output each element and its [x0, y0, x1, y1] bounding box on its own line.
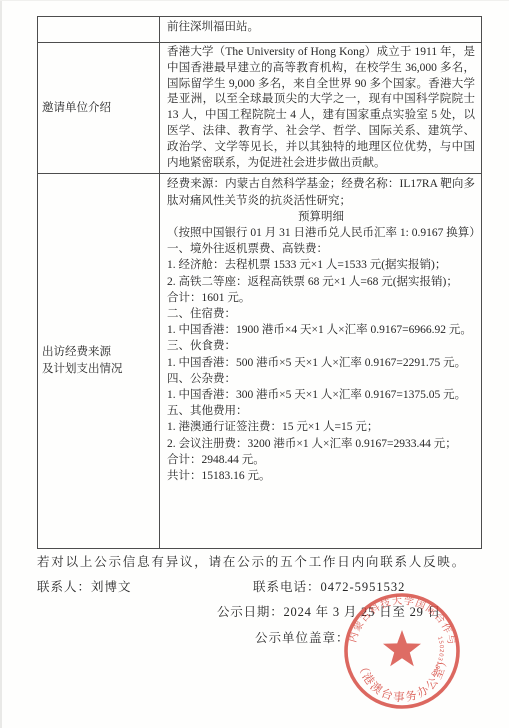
scan-edge	[0, 0, 2, 728]
objection-notice-text: 若对以上公示信息有异议，请在公示的五个工作日内向联系人反映。	[37, 552, 487, 570]
table-row-previous-continuation: 前往深圳福田站。	[38, 17, 482, 43]
row-label-budget: 出访经费来源 及计划支出情况	[38, 174, 160, 549]
budget-line: 三、伙食费：	[167, 338, 475, 354]
budget-line: 预算明细	[167, 209, 475, 225]
budget-line: 1. 中国香港：300 港币×5 天×1 人×汇率 0.9167=1375.05…	[167, 387, 475, 403]
budget-line: 2. 会议注册费：3200 港币×1 人×汇率 0.9167=2933.44 元…	[167, 436, 475, 452]
budget-line: （按照中国银行 01 月 31 日港币兑人民币汇率 1: 0.9167 换算）	[167, 225, 475, 241]
budget-line: 1. 经济舱：去程机票 1533 元×1 人=1533 元(据实报销)；	[167, 257, 475, 273]
budget-line: 1. 港澳通行证签注费：15 元×1 人=15 元；	[167, 419, 475, 435]
budget-line: 1. 中国香港：1900 港币×4 天×1 人×汇率 0.9167=6966.9…	[167, 322, 475, 338]
budget-line: 共计：15183.16 元。	[167, 468, 475, 484]
seal-bottom-text: （港澳台事务办公室）	[355, 653, 449, 704]
budget-line: 一、境外往返机票费、高铁费：	[167, 241, 475, 257]
budget-line: 经费来源：内蒙古自然科学基金；经费名称：IL17RA 靶向多肽对痛风性关节炎的抗…	[167, 176, 475, 208]
seal-star-icon	[383, 630, 421, 666]
row-content-inviting-unit: 香港大学（The University of Hong Kong）成立于 191…	[160, 43, 482, 174]
budget-line: 1. 中国香港：500 港币×5 天×1 人×汇率 0.9167=2291.75…	[167, 355, 475, 371]
row-content-previous: 前往深圳福田站。	[160, 17, 482, 43]
table-row-inviting-unit: 邀请单位介绍 香港大学（The University of Hong Kong）…	[38, 43, 482, 174]
budget-line: 二、住宿费：	[167, 306, 475, 322]
scan-edge	[0, 0, 509, 1]
publicity-date: 公示日期：2024 年 3 月 25 日至 29 日	[217, 602, 441, 620]
budget-line: 合计：2948.44 元。	[167, 452, 475, 468]
contact-person: 联系人：刘博文	[37, 580, 132, 594]
budget-lines: 经费来源：内蒙古自然科学基金；经费名称：IL17RA 靶向多肽对痛风性关节炎的抗…	[167, 176, 475, 484]
stamp-label: 公示单位盖章：	[255, 628, 350, 646]
scanned-notice-page: { "table": { "row_prev": { "label": "", …	[0, 0, 509, 728]
budget-line: 五、其他费用：	[167, 403, 475, 419]
table-row-budget: 出访经费来源 及计划支出情况 经费来源：内蒙古自然科学基金；经费名称：IL17R…	[38, 174, 482, 549]
row-label-empty	[38, 17, 160, 43]
budget-line: 四、公杂费：	[167, 371, 475, 387]
row-label-inviting-unit: 邀请单位介绍	[38, 43, 160, 174]
budget-line: 合计：1601 元。	[167, 290, 475, 306]
contact-phone: 联系电话：0472-5951532	[253, 577, 405, 595]
budget-line: 2. 高铁二等座：返程高铁票 68 元×1 人=68 元(据实报销)；	[167, 274, 475, 290]
notice-table: 前往深圳福田站。 邀请单位介绍 香港大学（The University of H…	[37, 16, 482, 549]
contact-row: 联系人：刘博文 联系电话：0472-5951532	[37, 577, 482, 595]
